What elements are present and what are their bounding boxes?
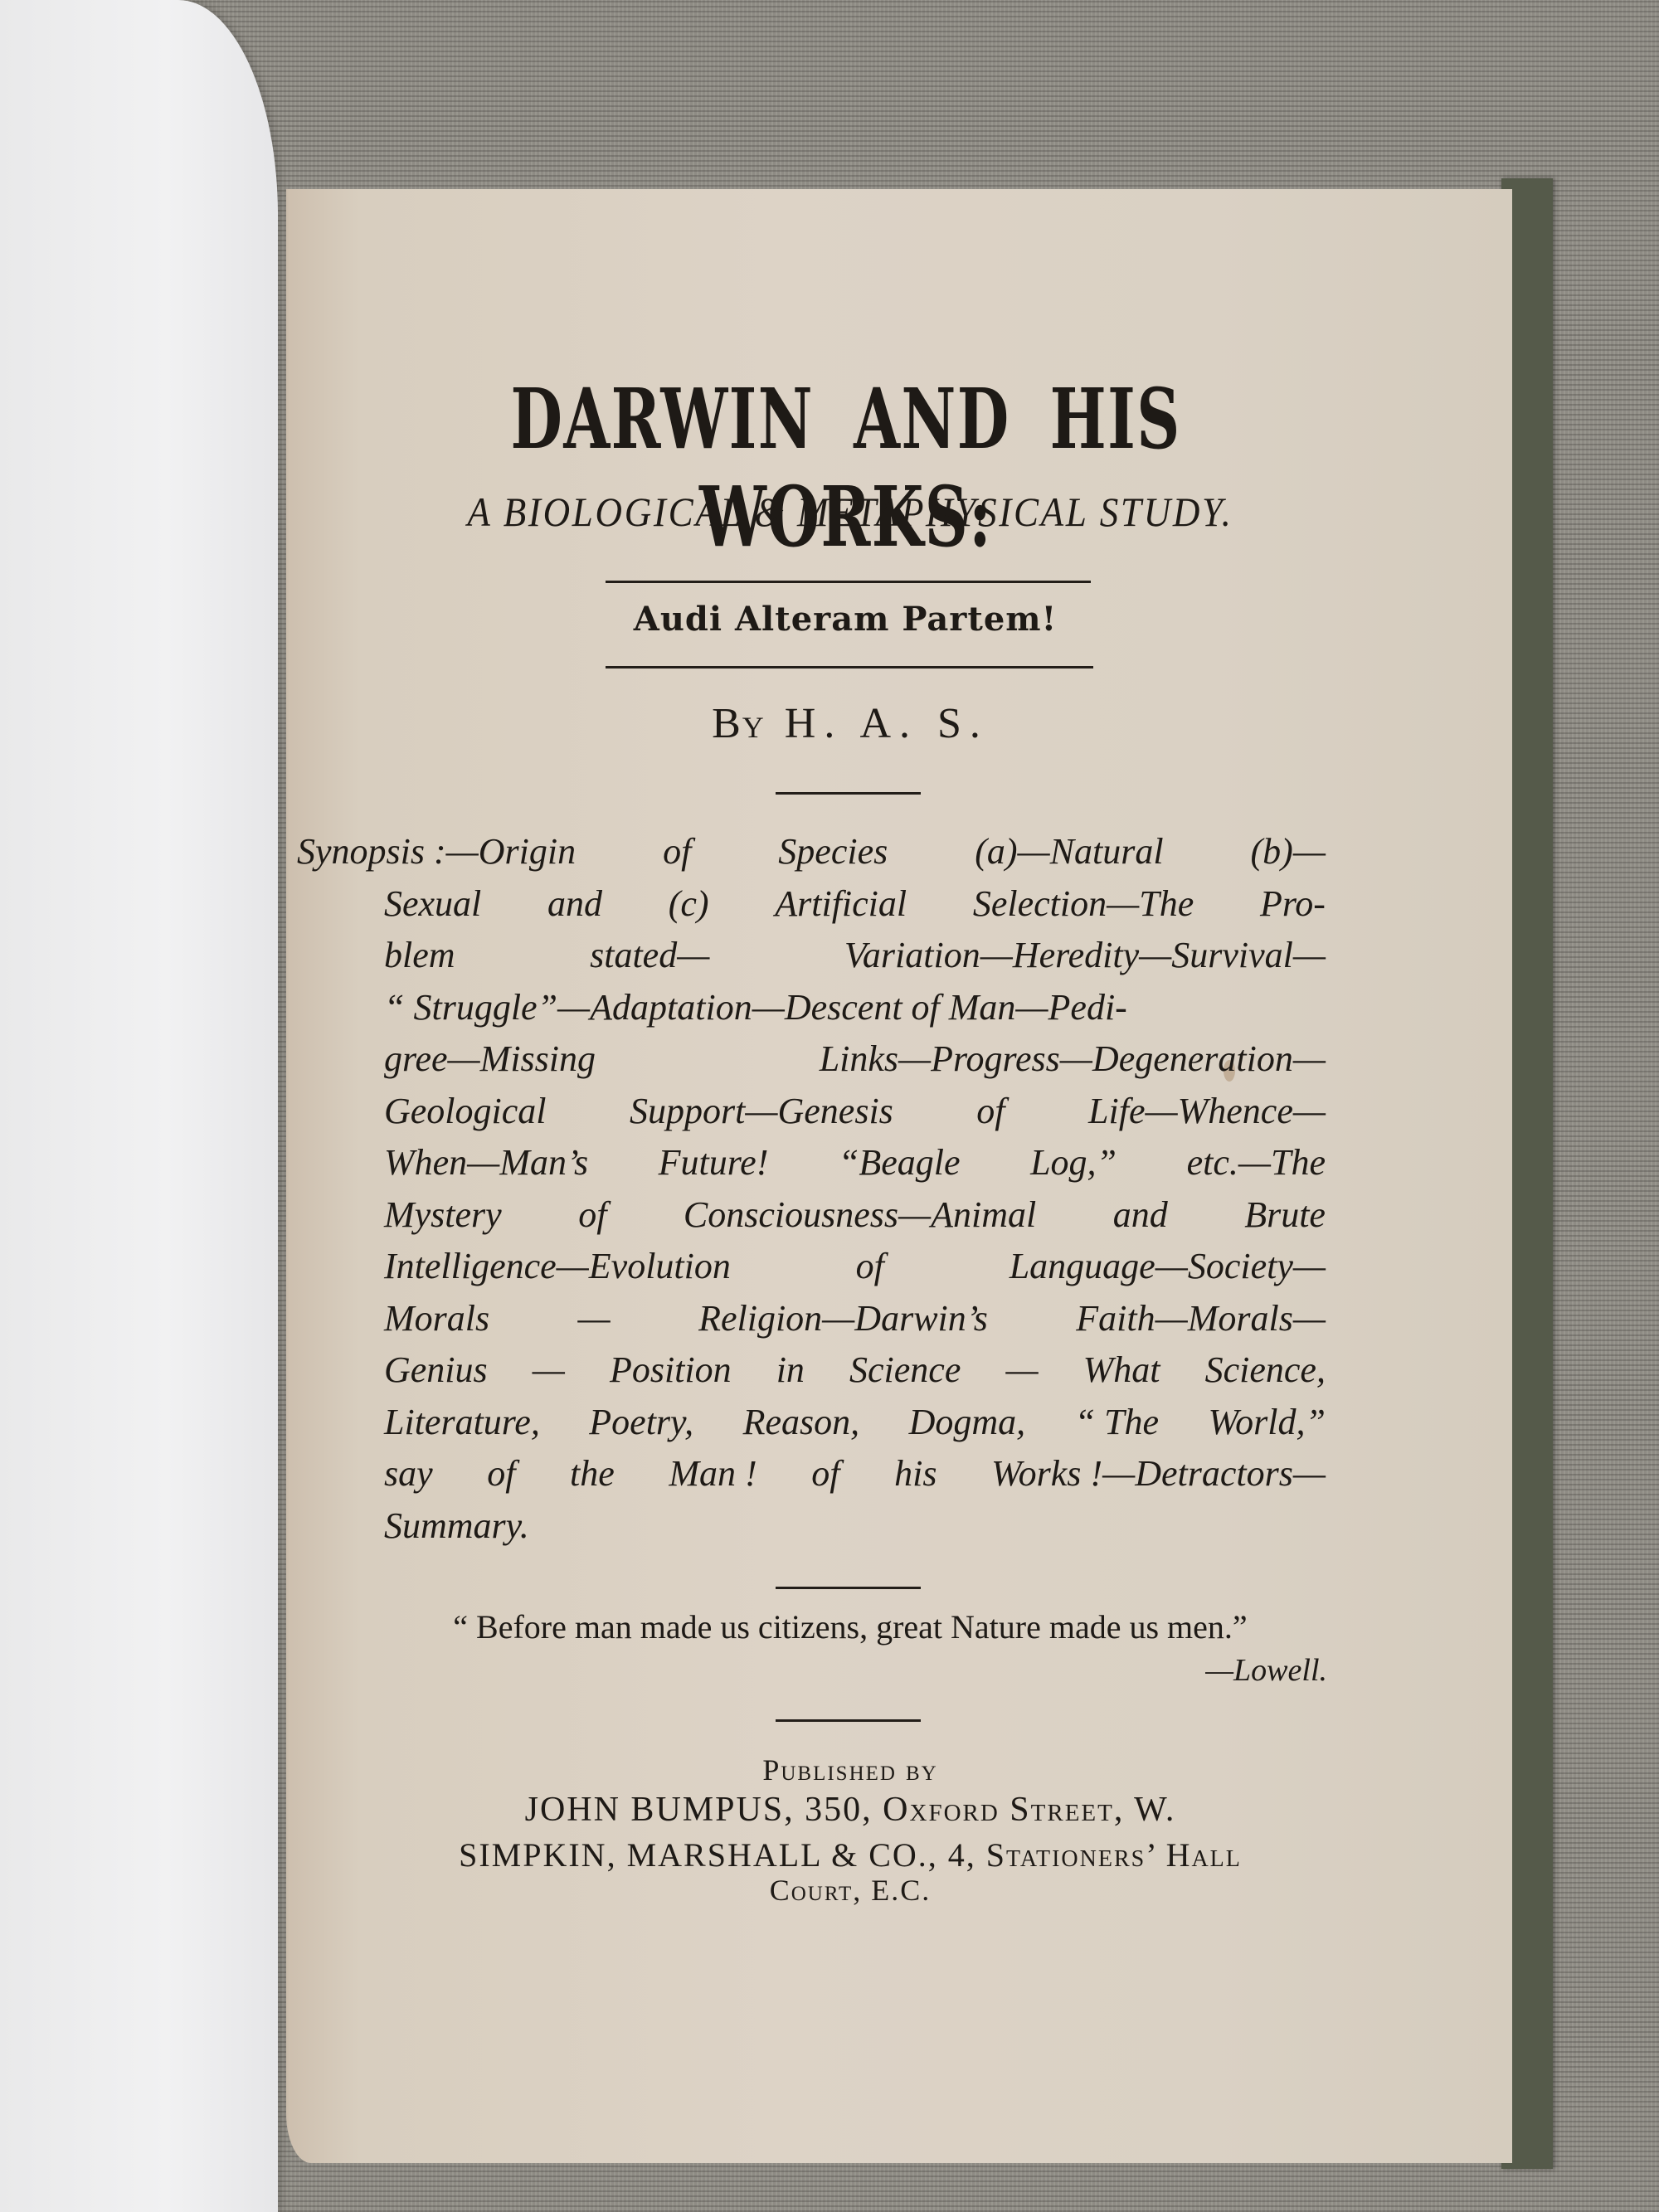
synopsis-word: Poetry, bbox=[589, 1397, 693, 1449]
synopsis-line: Literature,Poetry,Reason,Dogma,“ TheWorl… bbox=[384, 1397, 1326, 1449]
synopsis-word: of bbox=[976, 1086, 1005, 1138]
publisher-line-3: Court, E.C. bbox=[286, 1873, 1414, 1908]
synopsis-word: Sexual bbox=[384, 878, 481, 931]
synopsis-word: Man ! bbox=[669, 1448, 757, 1500]
synopsis-line: sayoftheMan !ofhisWorks !—Detractors— bbox=[384, 1448, 1326, 1500]
synopsis-word: Science, bbox=[1205, 1344, 1326, 1397]
synopsis-word: etc.—The bbox=[1187, 1137, 1326, 1189]
synopsis-word: of bbox=[487, 1448, 515, 1500]
book-title: DARWIN AND HIS WORKS: bbox=[444, 370, 1247, 566]
synopsis-line: Morals—Religion—Darwin’sFaith—Morals— bbox=[384, 1293, 1326, 1345]
synopsis-word: — bbox=[533, 1344, 565, 1397]
synopsis-word: his bbox=[894, 1448, 937, 1500]
synopsis-word: gree—Missing bbox=[384, 1033, 596, 1086]
synopsis-word: of bbox=[856, 1241, 884, 1293]
synopsis-word: Literature, bbox=[384, 1397, 540, 1449]
synopsis-word: Faith—Morals— bbox=[1076, 1293, 1326, 1345]
synopsis-word: What bbox=[1083, 1344, 1160, 1397]
synopsis-word: Geological bbox=[384, 1086, 547, 1138]
synopsis-word: When—Man’s bbox=[384, 1137, 588, 1189]
synopsis-word: — bbox=[578, 1293, 611, 1345]
synopsis-word: “ Struggle”—Adaptation—Descent of Man—Pe… bbox=[384, 982, 1127, 1034]
synopsis-word: Dogma, bbox=[909, 1397, 1026, 1449]
publisher-label: Published by bbox=[286, 1753, 1414, 1787]
synopsis-line: MysteryofConsciousness—AnimalandBrute bbox=[384, 1189, 1326, 1242]
synopsis-word: Religion—Darwin’s bbox=[698, 1293, 988, 1345]
synopsis-word: Links—Progress—Degeneration— bbox=[820, 1033, 1326, 1086]
synopsis-word: — bbox=[1005, 1344, 1038, 1397]
synopsis-word: Brute bbox=[1244, 1189, 1326, 1242]
synopsis-word: Synopsis :—Origin bbox=[297, 826, 576, 878]
synopsis-word: World,” bbox=[1209, 1397, 1326, 1449]
book-subtitle: A BIOLOGICAL & METAPHYSICAL STUDY. bbox=[343, 488, 1358, 536]
synopsis-word: of bbox=[811, 1448, 839, 1500]
synopsis-line: gree—MissingLinks—Progress—Degeneration— bbox=[384, 1033, 1326, 1086]
synopsis-word: Genius bbox=[384, 1344, 488, 1397]
synopsis-word: “ The bbox=[1075, 1397, 1159, 1449]
short-rule bbox=[776, 1587, 921, 1589]
synopsis-word: Support—Genesis bbox=[630, 1086, 893, 1138]
synopsis-word: Selection—The bbox=[973, 878, 1194, 931]
synopsis-word: the bbox=[570, 1448, 615, 1500]
synopsis-line: “ Struggle”—Adaptation—Descent of Man—Pe… bbox=[384, 982, 1326, 1034]
synopsis-word: blem bbox=[384, 930, 455, 982]
publisher-line-1: JOHN BUMPUS, 350, Oxford Street, W. bbox=[286, 1790, 1414, 1830]
synopsis-word: (a)—Natural bbox=[975, 826, 1163, 878]
synopsis-word: Language—Society— bbox=[1010, 1241, 1326, 1293]
synopsis-word: in bbox=[776, 1344, 805, 1397]
synopsis-word: Life—Whence— bbox=[1088, 1086, 1326, 1138]
synopsis-word: Works !—Detractors— bbox=[991, 1448, 1326, 1500]
facing-blank-page bbox=[0, 0, 278, 2212]
synopsis-word: of bbox=[578, 1189, 606, 1242]
synopsis-word: Consciousness—Animal bbox=[684, 1189, 1036, 1242]
synopsis-line: When—Man’sFuture!“BeagleLog,”etc.—The bbox=[384, 1137, 1326, 1189]
short-rule bbox=[776, 792, 921, 795]
synopsis-word: Future! bbox=[659, 1137, 769, 1189]
synopsis-word: and bbox=[547, 878, 602, 931]
synopsis-line: Intelligence—EvolutionofLanguage—Society… bbox=[384, 1241, 1326, 1293]
epigraph-quote: “ Before man made us citizens, great Nat… bbox=[286, 1607, 1414, 1646]
divider-rule bbox=[606, 581, 1091, 583]
author-byline: By H. A. S. bbox=[286, 699, 1414, 748]
synopsis-word: Pro- bbox=[1260, 878, 1326, 931]
synopsis-word: Mystery bbox=[384, 1189, 502, 1242]
synopsis-line: Synopsis :—OriginofSpecies(a)—Natural(b)… bbox=[297, 826, 1326, 878]
divider-rule bbox=[606, 666, 1093, 668]
synopsis-line: GeologicalSupport—GenesisofLife—Whence— bbox=[384, 1086, 1326, 1138]
epigraph-attribution: —Lowell. bbox=[1199, 1652, 1327, 1689]
short-rule bbox=[776, 1719, 921, 1722]
synopsis-word: Intelligence—Evolution bbox=[384, 1241, 731, 1293]
synopsis-word: of bbox=[663, 826, 691, 878]
synopsis-word: Variation—Heredity—Survival— bbox=[844, 930, 1326, 982]
synopsis-line: Summary. bbox=[384, 1500, 1326, 1553]
synopsis-word: and bbox=[1113, 1189, 1168, 1242]
synopsis: Synopsis :—OriginofSpecies(a)—Natural(b)… bbox=[384, 826, 1326, 1552]
synopsis-word: Species bbox=[778, 826, 888, 878]
synopsis-word: “Beagle bbox=[839, 1137, 961, 1189]
synopsis-word: Morals bbox=[384, 1293, 489, 1345]
synopsis-line: Genius—PositioninScience—WhatScience, bbox=[384, 1344, 1326, 1397]
publisher-line-2: SIMPKIN, MARSHALL & CO., 4, Stationers’ … bbox=[286, 1835, 1414, 1874]
byline-prefix: By bbox=[712, 700, 766, 747]
synopsis-word: Position bbox=[610, 1344, 732, 1397]
synopsis-word: stated— bbox=[590, 930, 709, 982]
synopsis-word: Reason, bbox=[743, 1397, 860, 1449]
motto: Audi Alteram Partem! bbox=[286, 600, 1404, 639]
synopsis-line: blemstated—Variation—Heredity—Survival— bbox=[384, 930, 1326, 982]
title-page: DARWIN AND HIS WORKS: A BIOLOGICAL & MET… bbox=[286, 189, 1512, 2163]
synopsis-word: (b)— bbox=[1251, 826, 1326, 878]
synopsis-word: Log,” bbox=[1030, 1137, 1117, 1189]
synopsis-word: Artificial bbox=[775, 878, 907, 931]
synopsis-line: Sexualand(c)ArtificialSelection—ThePro- bbox=[384, 878, 1326, 931]
author-initials: H. A. S. bbox=[785, 700, 989, 747]
synopsis-word: (c) bbox=[669, 878, 709, 931]
synopsis-word: Science bbox=[849, 1344, 961, 1397]
synopsis-word: Summary. bbox=[384, 1500, 529, 1553]
synopsis-word: say bbox=[384, 1448, 433, 1500]
